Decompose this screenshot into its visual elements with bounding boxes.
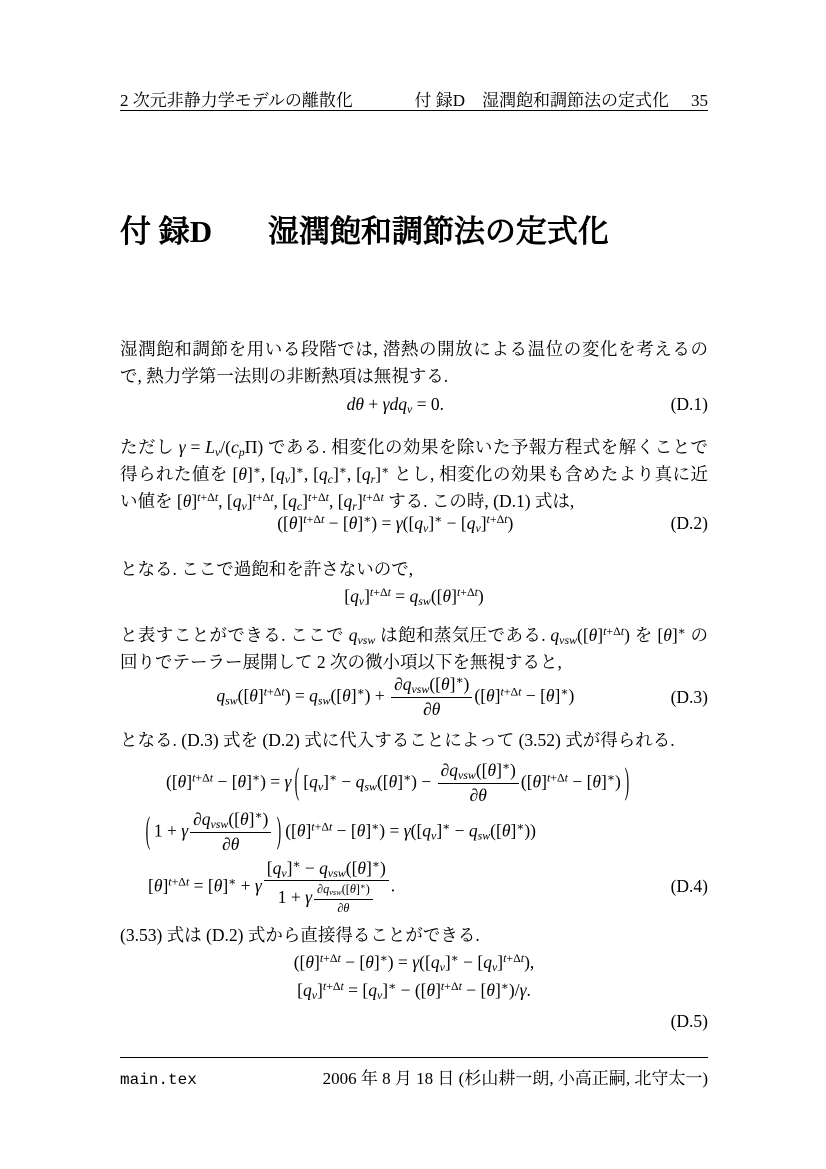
equation-d3: qsw([θ]t+Δt) = qsw([θ]∗) + ∂qvsw([θ]∗)∂θ… (120, 674, 708, 721)
equation-d3-body: qsw([θ]t+Δt) = qsw([θ]∗) + ∂qvsw([θ]∗)∂θ… (120, 674, 671, 721)
footer-filename: main.tex (120, 1071, 197, 1089)
footer-rule (120, 1057, 708, 1058)
equation-d4-line2: (1 + γ∂qvsw([θ]∗)∂θ)([θ]t+Δt − [θ]∗) = γ… (120, 809, 708, 856)
equation-d5: ([θ]t+Δt − [θ]∗) = γ([qv]∗ − [qv]t+Δt), … (120, 952, 708, 1032)
paragraph-taylor-expansion: と表すことができる. ここで qvsw は飽和蒸気圧である. qvsw([θ]t… (120, 622, 708, 676)
paragraph-intro: 湿潤飽和調節を用いる段階では, 潜熱の開放による温位の変化を考えるので, 熱力学… (120, 336, 708, 390)
appendix-title-text: 湿潤飽和調節法の定式化 (268, 214, 609, 249)
equation-d4-line3: [θ]t+Δt = [θ]∗ + γ[qv]∗ − qvsw([θ]∗)1 + … (120, 858, 708, 917)
equation-d1-label: (D.1) (671, 394, 708, 415)
page-footer: main.tex 2006 年 8 月 18 日 (杉山耕一朗, 小高正嗣, 北… (120, 1064, 708, 1089)
equation-d5-line2: [qv]t+Δt = [qv]∗ − ([θ]t+Δt − [θ]∗)/γ. (120, 980, 708, 1001)
equation-d2-body: ([θ]t+Δt − [θ]∗) = γ([qv]∗ − [qv]t+Δt) (120, 513, 671, 534)
page-number: 35 (691, 91, 708, 111)
equation-d4-line2-body: (1 + γ∂qvsw([θ]∗)∂θ)([θ]t+Δt − [θ]∗) = γ… (120, 809, 536, 856)
equation-d5-line1: ([θ]t+Δt − [θ]∗) = γ([qv]∗ − [qv]t+Δt), (120, 952, 708, 973)
equation-d2: ([θ]t+Δt − [θ]∗) = γ([qv]∗ − [qv]t+Δt) (… (120, 513, 708, 534)
paragraph-direct-derivation: (3.53) 式は (D.2) 式から直接得ることができる. (120, 922, 708, 949)
paragraph-substitution: となる. (D.3) 式を (D.2) 式に代入することによって (3.52) … (120, 727, 708, 754)
footer-date-authors: 2006 年 8 月 18 日 (杉山耕一朗, 小高正嗣, 北守太一) (323, 1064, 708, 1089)
paragraph-gamma-definition: ただし γ = Lv/(cpΠ) である. 相変化の効果を除いた予報方程式を解く… (120, 434, 708, 515)
appendix-heading: 付 録D 湿潤飽和調節法の定式化 (120, 206, 609, 251)
equation-d4-line1: ([θ]t+Δt − [θ]∗) = γ([qv]∗ − qsw([θ]∗) −… (120, 760, 708, 807)
equation-d3-label: (D.3) (671, 687, 708, 708)
equation-d4-line3-body: [θ]t+Δt = [θ]∗ + γ[qv]∗ − qvsw([θ]∗)1 + … (120, 858, 395, 917)
equation-d4: ([θ]t+Δt − [θ]∗) = γ([qv]∗ − qsw([θ]∗) −… (120, 760, 708, 916)
page-header: 2 次元非静力学モデルの離散化 付 録D 湿潤飽和調節法の定式化 35 (120, 86, 708, 111)
equation-saturation-body: [qv]t+Δt = qsw([θ]t+Δt) (120, 586, 708, 607)
appendix-label: 付 録D (120, 214, 212, 249)
equation-d1: dθ + γdqv = 0. (D.1) (120, 394, 708, 415)
paragraph-supersaturation: となる. ここで過飽和を許さないので, (120, 556, 708, 583)
header-appendix-title: 付 録D 湿潤飽和調節法の定式化 (414, 86, 669, 111)
equation-d2-label: (D.2) (671, 513, 708, 534)
equation-d1-body: dθ + γdqv = 0. (120, 394, 671, 415)
equation-d4-line1-body: ([θ]t+Δt − [θ]∗) = γ([qv]∗ − qsw([θ]∗) −… (120, 760, 633, 807)
equation-d5-label: (D.5) (120, 1011, 708, 1032)
equation-d4-label: (D.4) (671, 876, 708, 897)
document-page: 2 次元非静力学モデルの離散化 付 録D 湿潤飽和調節法の定式化 35 付 録D… (0, 0, 826, 1169)
header-rule (120, 110, 708, 111)
equation-saturation: [qv]t+Δt = qsw([θ]t+Δt) (120, 586, 708, 607)
header-chapter-title: 2 次元非静力学モデルの離散化 (120, 86, 353, 111)
